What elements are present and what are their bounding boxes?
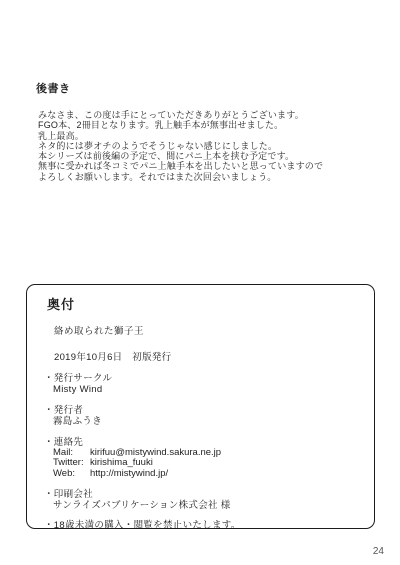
author-name: 霧島ふうき bbox=[53, 416, 364, 427]
edition-date: 2019年10月6日 初版発行 bbox=[54, 349, 364, 363]
author-label: ・発行者 bbox=[44, 405, 364, 416]
contact-entry: ・連絡先 Mail: kirifuu@mistywind.sakura.ne.j… bbox=[44, 437, 364, 479]
afterword-line: みなさま、この度は手にとっていただきありがとうございます。 bbox=[38, 110, 384, 120]
printer-entry: ・印刷会社 サンライズパブリケーション株式会社 様 bbox=[44, 489, 364, 511]
web-url: http://mistywind.jp/ bbox=[90, 469, 168, 479]
afterword-line: FGO本、2冊目となります。乳上触手本が無事出せました。 bbox=[38, 120, 384, 130]
afterword-line: ネタ的には夢オチのようでそうじゃない感じにしました。 bbox=[38, 141, 384, 151]
colophon-box: 奥付 絡め取られた獅子王 2019年10月6日 初版発行 ・発行サークル Mis… bbox=[26, 284, 375, 529]
notices: ・18歳未満の購入・閲覧を禁止いたします。 ・無断複製・転載および公開を禁じます… bbox=[44, 520, 364, 529]
afterword-line: よろしくお願いします。それではまた次回会いましょう。 bbox=[38, 172, 384, 182]
contact-rows: Mail: kirifuu@mistywind.sakura.ne.jp Twi… bbox=[53, 448, 364, 479]
afterword-line: 無事に受かれば冬コミでパニ上触手本を出したいと思っていますので bbox=[38, 161, 384, 171]
book-title: 絡め取られた獅子王 bbox=[54, 323, 364, 337]
contact-row-web: Web: http://mistywind.jp/ bbox=[53, 469, 364, 479]
notice-age-restriction: ・18歳未満の購入・閲覧を禁止いたします。 bbox=[44, 520, 364, 529]
afterword-line: 本シリーズは前後編の予定で、間にパニ上本を挟む予定です。 bbox=[38, 151, 384, 161]
afterword-body: みなさま、この度は手にとっていただきありがとうございます。 FGO本、2冊目とな… bbox=[36, 110, 384, 182]
web-label: Web: bbox=[53, 469, 90, 479]
circle-name: Misty Wind bbox=[53, 384, 364, 395]
page-number: 24 bbox=[373, 546, 384, 557]
colophon-heading: 奥付 bbox=[47, 294, 364, 313]
printer-label: ・印刷会社 bbox=[44, 489, 364, 500]
author-entry: ・発行者 霧島ふうき bbox=[44, 405, 364, 427]
afterword-line: 乳上最高。 bbox=[38, 131, 384, 141]
afterword-section: 後書き みなさま、この度は手にとっていただきありがとうございます。 FGO本、2… bbox=[36, 80, 384, 182]
afterword-heading: 後書き bbox=[36, 80, 384, 96]
printer-name: サンライズパブリケーション株式会社 様 bbox=[53, 500, 364, 511]
circle-label: ・発行サークル bbox=[44, 373, 364, 384]
circle-entry: ・発行サークル Misty Wind bbox=[44, 373, 364, 395]
